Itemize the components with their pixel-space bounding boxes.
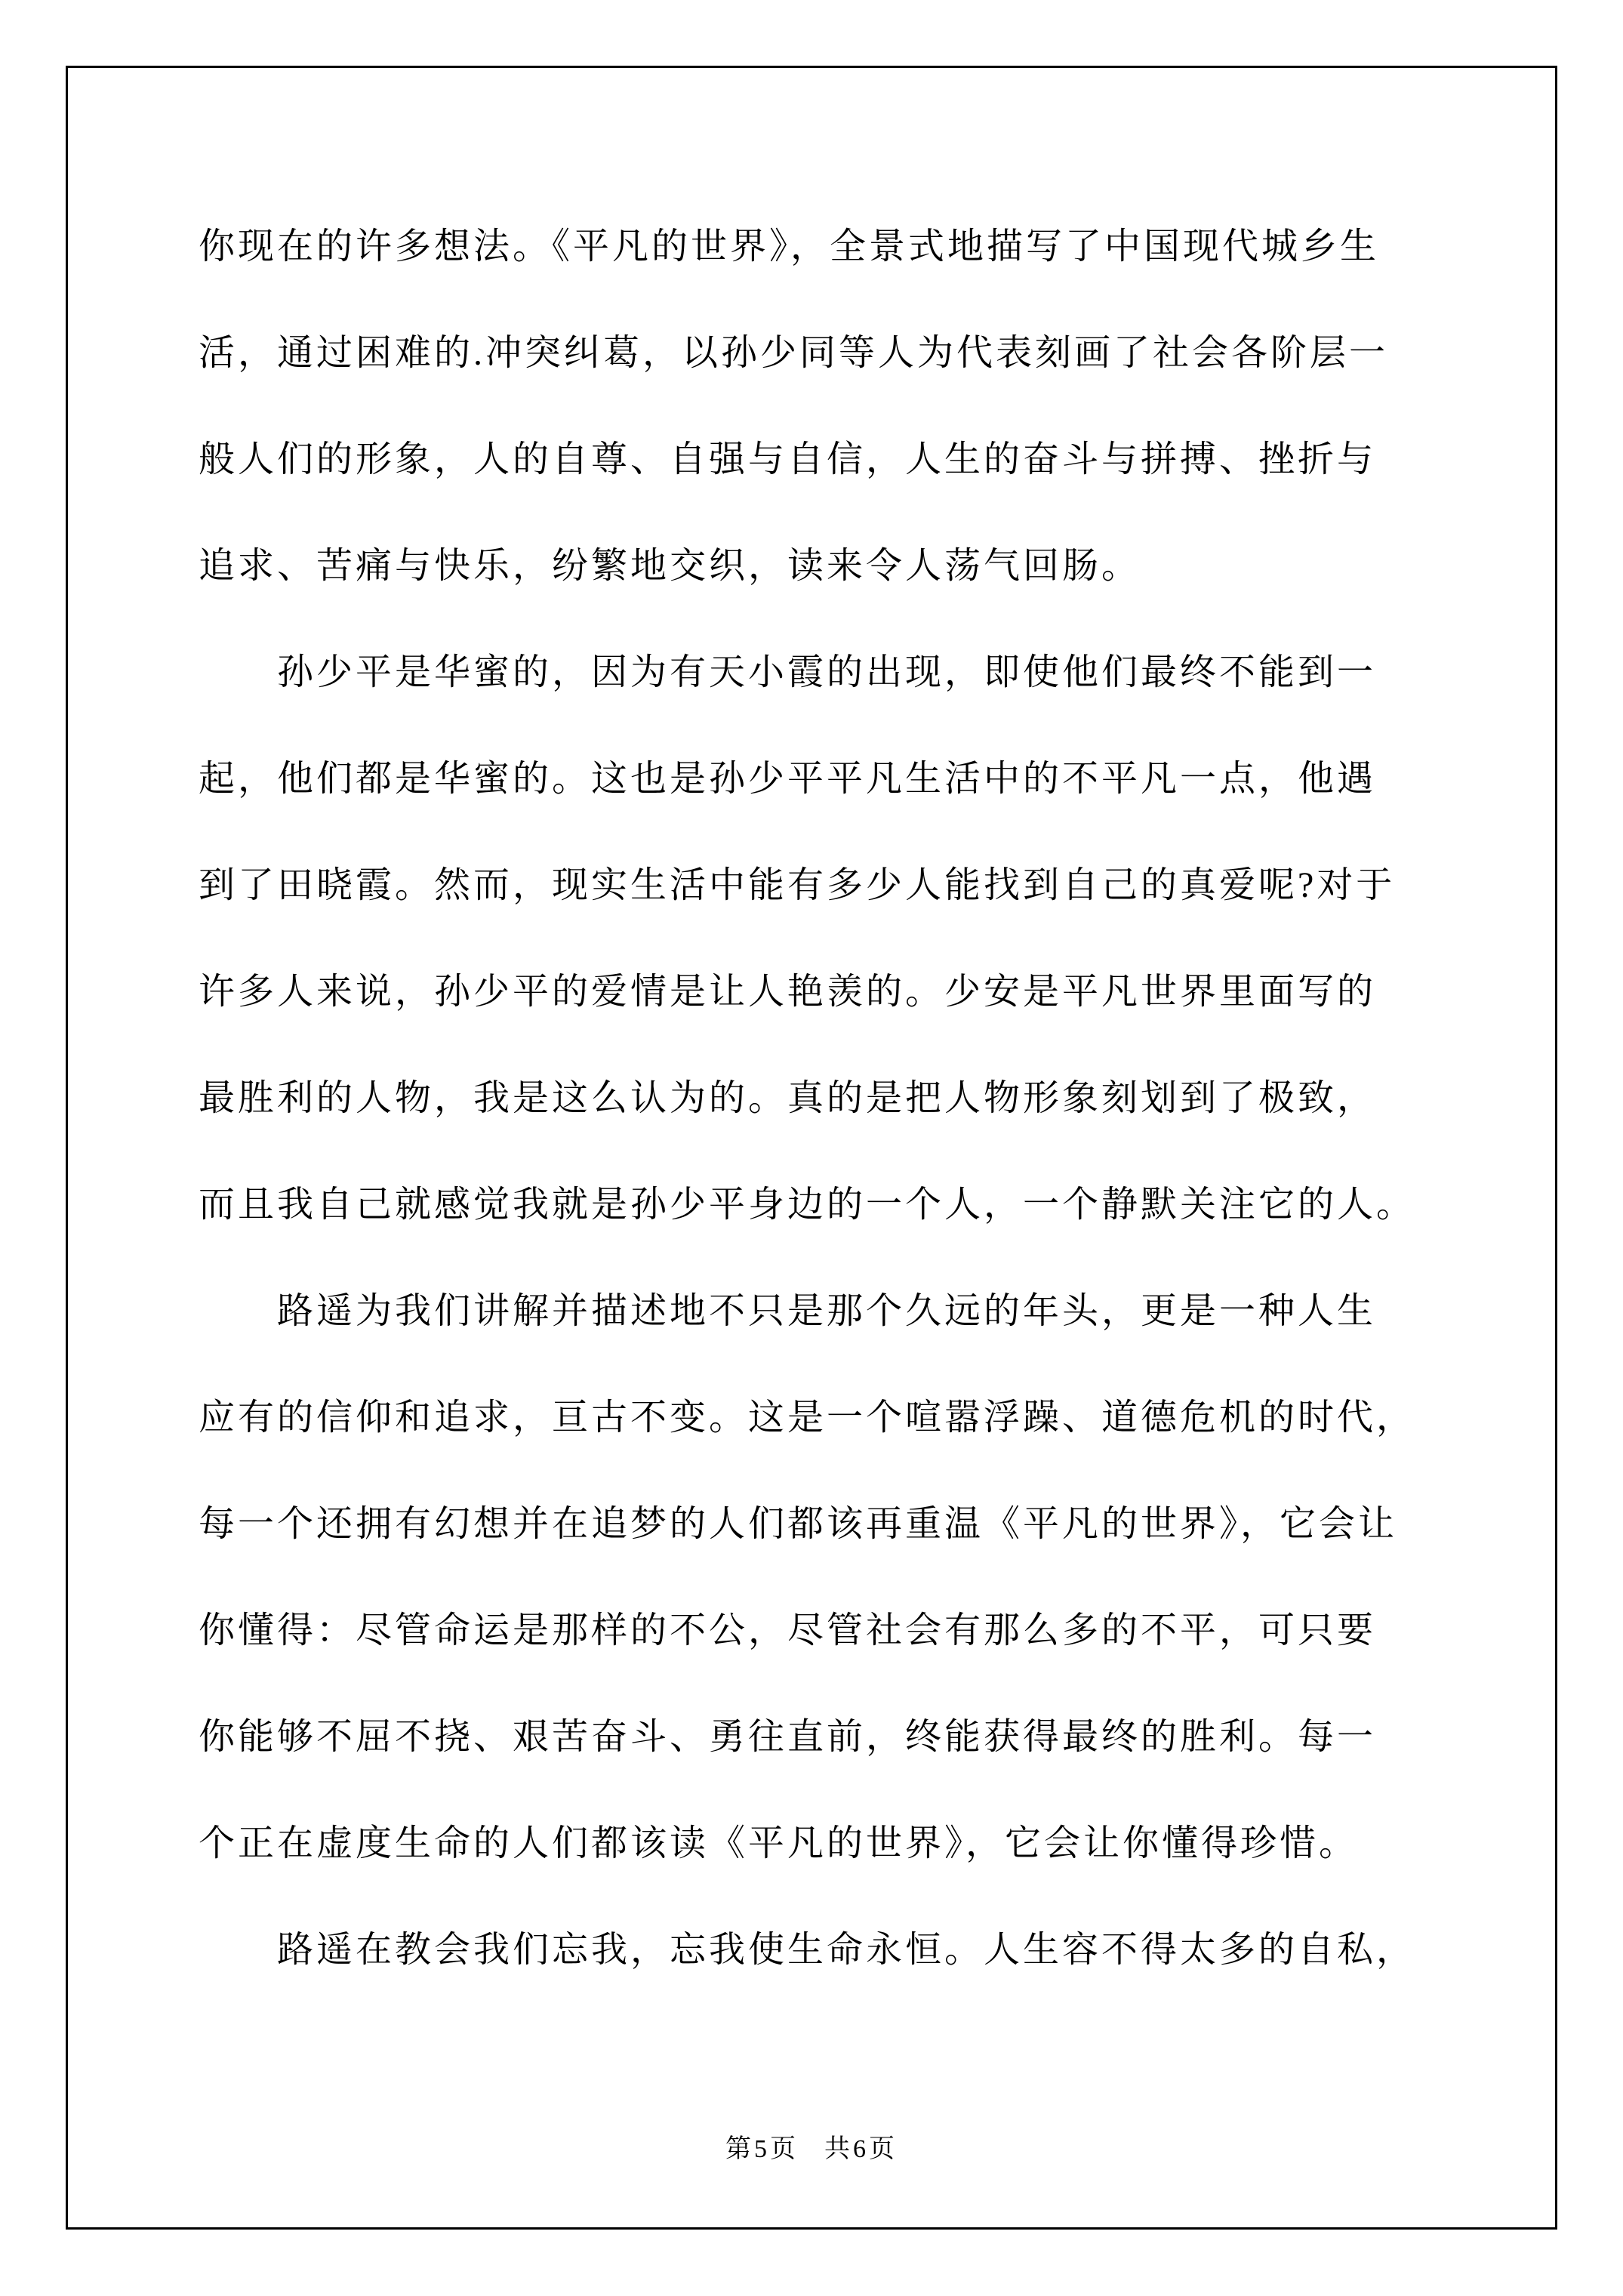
text-line: 而且我自己就感觉我就是孙少平身边的一个人，一个静默关注它的人。 — [199, 1151, 1437, 1258]
body-text: 你现在的许多想法。《平凡的世界》，全景式地描写了中国现代城乡生 活，通过困难的.… — [199, 193, 1437, 2003]
total-pages: 共6页 — [824, 2135, 898, 2163]
page-number: 第5页 — [725, 2135, 799, 2163]
text-line: 个正在虚度生命的人们都该读《平凡的世界》，它会让你懂得珍惜。 — [199, 1790, 1437, 1897]
text-line: 到了田晓霞。然而，现实生活中能有多少人能找到自己的真爱呢?对于 — [199, 832, 1437, 938]
paragraph: 路遥为我们讲解并描述地不只是那个久远的年头，更是一种人生 应有的信仰和追求，亘古… — [199, 1258, 1437, 1897]
page-footer: 第5页共6页 — [0, 2128, 1623, 2165]
text-line: 你现在的许多想法。《平凡的世界》，全景式地描写了中国现代城乡生 — [199, 193, 1437, 300]
text-line: 路遥为我们讲解并描述地不只是那个久远的年头，更是一种人生 — [199, 1258, 1437, 1364]
text-line: 应有的信仰和追求，亘古不变。这是一个喧嚣浮躁、道德危机的时代， — [199, 1364, 1437, 1471]
text-line: 你能够不屈不挠、艰苦奋斗、勇往直前，终能获得最终的胜利。每一 — [199, 1684, 1437, 1790]
text-line: 活，通过困难的.冲突纠葛，以孙少同等人为代表刻画了社会各阶层一 — [199, 300, 1437, 406]
text-line: 孙少平是华蜜的，因为有天小霞的出现，即使他们最终不能到一 — [199, 619, 1437, 726]
text-line: 最胜利的人物，我是这么认为的。真的是把人物形象刻划到了极致， — [199, 1045, 1437, 1151]
document-page: 你现在的许多想法。《平凡的世界》，全景式地描写了中国现代城乡生 活，通过困难的.… — [0, 0, 1623, 2296]
text-line: 般人们的形象，人的自尊、自强与自信，人生的奋斗与拼搏、挫折与 — [199, 406, 1437, 513]
text-line: 路遥在教会我们忘我，忘我使生命永恒。人生容不得太多的自私， — [199, 1897, 1437, 2003]
paragraph: 孙少平是华蜜的，因为有天小霞的出现，即使他们最终不能到一 起，他们都是华蜜的。这… — [199, 619, 1437, 1258]
text-line: 每一个还拥有幻想并在追梦的人们都该再重温《平凡的世界》，它会让 — [199, 1471, 1437, 1577]
text-line: 你懂得：尽管命运是那样的不公，尽管社会有那么多的不平，可只要 — [199, 1577, 1437, 1684]
text-line: 许多人来说，孙少平的爱情是让人艳羡的。少安是平凡世界里面写的 — [199, 938, 1437, 1045]
text-line: 追求、苦痛与快乐，纷繁地交织，读来令人荡气回肠。 — [199, 513, 1437, 619]
paragraph: 路遥在教会我们忘我，忘我使生命永恒。人生容不得太多的自私， — [199, 1897, 1437, 2003]
paragraph: 你现在的许多想法。《平凡的世界》，全景式地描写了中国现代城乡生 活，通过困难的.… — [199, 193, 1437, 619]
text-line: 起，他们都是华蜜的。这也是孙少平平凡生活中的不平凡一点，他遇 — [199, 726, 1437, 832]
